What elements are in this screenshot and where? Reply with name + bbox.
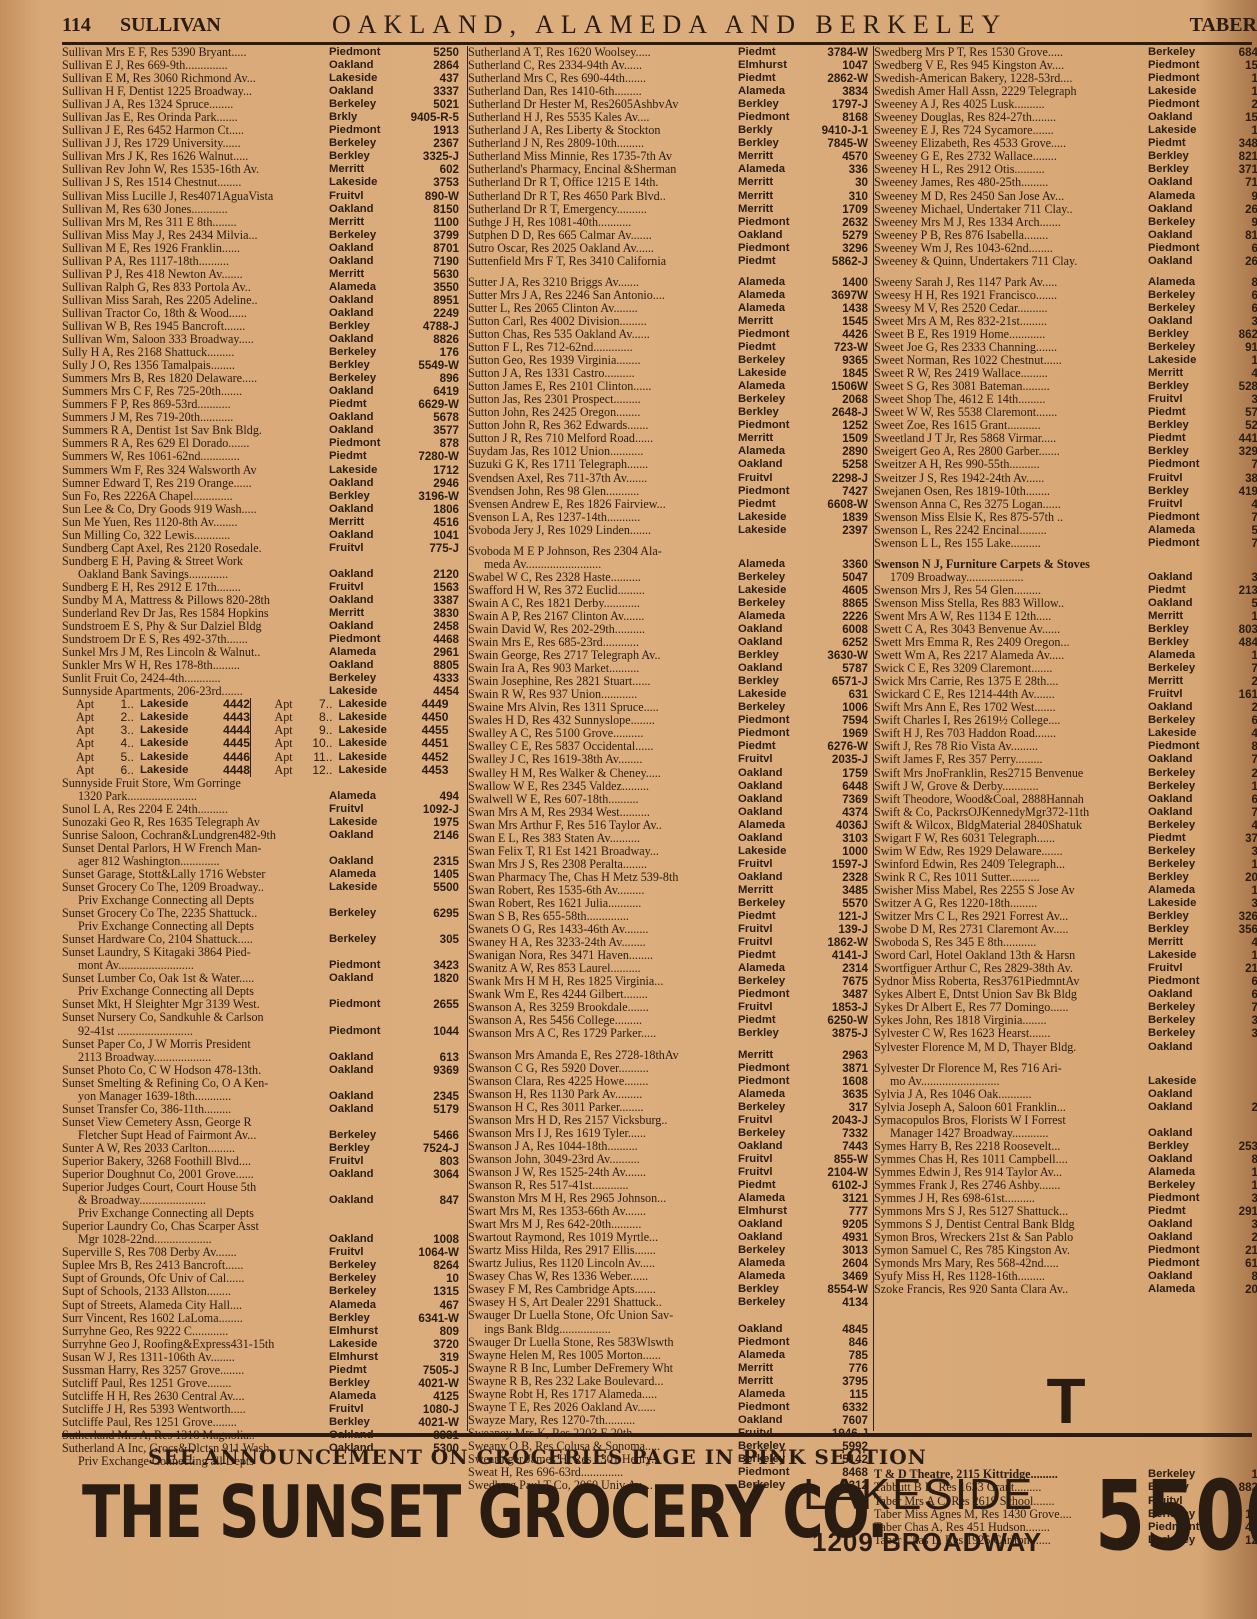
listing-phone: 7607 bbox=[810, 1414, 868, 1427]
left-running-head: SULLIVAN bbox=[120, 14, 221, 37]
listing-phone: 7675 bbox=[810, 975, 868, 988]
listing-name: Sutherland J A, Res Liberty & Stockton bbox=[468, 124, 738, 137]
listing-phone: 6250-W bbox=[810, 1014, 868, 1027]
listing-row: Swanson John, 3049-23rd Av..........Frui… bbox=[468, 1153, 868, 1166]
listing-exchange: Lakeside bbox=[329, 816, 401, 829]
listing-name: Sunderland Rev Dr Jas, Res 1584 Hopkins bbox=[62, 607, 329, 620]
listing-phone: 2367 bbox=[401, 137, 459, 150]
listing-exchange: Piedmont bbox=[1148, 975, 1214, 988]
listing-name: Sundby M A, Mattress & Pillows 820-28th bbox=[62, 594, 329, 607]
listing-row: Swain George, Res 2717 Telegraph Av..Ber… bbox=[468, 649, 868, 662]
listing-name: Sutton Jas, Res 2301 Prospect......... bbox=[468, 393, 738, 406]
listing-name: Sylvester C W, Res 1623 Hearst....... bbox=[874, 1027, 1148, 1040]
listing-exchange: Piedmont bbox=[1148, 1192, 1214, 1205]
listing-row: Swank Mrs H M H, Res 1825 Virginia...Ber… bbox=[468, 975, 868, 988]
listing-exchange: Piedmont bbox=[329, 998, 401, 1011]
listing-name: Swartz Julius, Res 1120 Lincoln Av..... bbox=[468, 1257, 738, 1270]
listing-phone: 2890 bbox=[810, 445, 868, 458]
listing-name: Swanson Mrs I J, Res 1619 Tyler...... bbox=[468, 1127, 738, 1140]
listing-name: Swayne Helen M, Res 1005 Morton...... bbox=[468, 1349, 738, 1362]
listing-row: Svenson L A, Res 1237-14th...........Lak… bbox=[468, 511, 868, 524]
listing-exchange: Berkeley bbox=[1148, 46, 1214, 59]
apartment-phone: 4445 bbox=[210, 737, 251, 750]
listing-name: Sundstroem E S, Phy & Sur Dalziel Bldg bbox=[62, 620, 329, 633]
listing-exchange: Piedmt bbox=[738, 1014, 810, 1027]
listing-phone: 8 bbox=[1214, 1153, 1257, 1166]
listing-name: Sullivan J E, Res 6452 Harmon Ct..... bbox=[62, 124, 329, 137]
listing-exchange: Oakland bbox=[329, 829, 401, 842]
listing-row: Swaney H A, Res 3233-24th Av........Frui… bbox=[468, 936, 868, 949]
listing-name: Swauger Dr Luella Stone, Res 583Wlswth bbox=[468, 1336, 738, 1349]
listing-row: Symon Bros, Wreckers 21st & San PabloOak… bbox=[874, 1231, 1257, 1244]
listing-phone bbox=[1214, 1062, 1257, 1075]
listing-name: Sullivan Jas E, Res Orinda Park....... bbox=[62, 111, 329, 124]
listing-phone bbox=[1214, 1127, 1257, 1140]
listing-name: Superior Laundry Co, Chas Scarper Asst bbox=[62, 1220, 329, 1233]
listing-phone: 2249 bbox=[401, 307, 459, 320]
listing-row: Sweeney Douglas, Res 824-27th........Oak… bbox=[874, 111, 1257, 124]
listing-name: Sully H A, Res 2168 Shattuck......... bbox=[62, 346, 329, 359]
listing-phone: 3 bbox=[1214, 393, 1257, 406]
listing-phone bbox=[401, 842, 459, 855]
listing-name: Symacopulos Bros, Florists W I Forrest bbox=[874, 1114, 1148, 1127]
listing-row: Swenson Mrs J, Res 54 Glen.........Piedm… bbox=[874, 584, 1257, 597]
listing-phone: 4 bbox=[1214, 727, 1257, 740]
listing-name: Sutton Chas, Res 535 Oakland Av...... bbox=[468, 328, 738, 341]
listing-phone: 684 bbox=[1214, 46, 1257, 59]
listing-exchange: Piedmt bbox=[1148, 832, 1214, 845]
listing-exchange: Oakland bbox=[1148, 1218, 1214, 1231]
listing-phone: 2043-J bbox=[810, 1114, 868, 1127]
listing-exchange: Berkley bbox=[1148, 923, 1214, 936]
listing-exchange: Merritt bbox=[1148, 610, 1214, 623]
listing-row: Swedish-American Bakery, 1228-53rd....Pi… bbox=[874, 72, 1257, 85]
listing-name: Sweesy H H, Res 1921 Francisco....... bbox=[874, 289, 1148, 302]
listing-exchange: Lakeside bbox=[1148, 1075, 1214, 1088]
listing-exchange: Oakland bbox=[1148, 203, 1214, 216]
listing-row: Priv Exchange Connecting all Depts bbox=[62, 985, 459, 998]
listing-exchange: Oakland bbox=[1148, 111, 1214, 124]
listing-exchange: Lakeside bbox=[738, 511, 810, 524]
listing-exchange: Piedmt bbox=[738, 46, 810, 59]
listing-row: Sykes Albert E, Dntst Union Sav Bk BldgO… bbox=[874, 988, 1257, 1001]
listing-row: Sunkel Mrs J M, Res Lincoln & Walnut..Al… bbox=[62, 646, 459, 659]
listing-phone: 2604 bbox=[810, 1257, 868, 1270]
listing-phone: 356 bbox=[1214, 923, 1257, 936]
listing-exchange: Piedmont bbox=[1148, 1257, 1214, 1270]
listing-row: Swartz Julius, Res 1120 Lincoln Av.....A… bbox=[468, 1257, 868, 1270]
listing-row: Sutcliffe Paul, Res 1251 Grove........Be… bbox=[62, 1416, 459, 1429]
listing-row: Szoke Francis, Res 920 Santa Clara Av..A… bbox=[874, 1283, 1257, 1296]
listing-row: Swallow W E, Res 2345 Valdez.........Oak… bbox=[468, 780, 868, 793]
listing-name: Sutherland Miss Minnie, Res 1735-7th Av bbox=[468, 150, 738, 163]
listing-row: Superior Bakery, 3268 Foothill Blvd....F… bbox=[62, 1155, 459, 1168]
listing-exchange: Piedmont bbox=[1148, 242, 1214, 255]
listing-exchange: Piedmt bbox=[329, 398, 401, 411]
listing-phone: 30 bbox=[810, 176, 868, 189]
listing-exchange: Alameda bbox=[329, 1390, 401, 1403]
apartment-row: Apt6..Lakeside4448Apt12..Lakeside4453 bbox=[62, 764, 459, 777]
listing-row: Priv Exchange Connecting all Depts bbox=[62, 894, 459, 907]
listing-name: Swenson Miss Elsie K, Res 875-57th .. bbox=[874, 511, 1148, 524]
apartment-phone: 4452 bbox=[409, 751, 449, 764]
listing-phone: 1047 bbox=[810, 59, 868, 72]
listing-row: Sword Carl, Hotel Oakland 13th & HarsnLa… bbox=[874, 949, 1257, 962]
listing-row: Swenson L, Res 2242 Encinal.........Alam… bbox=[874, 524, 1257, 537]
listing-name: Swanson J W, Res 1525-24th Av....... bbox=[468, 1166, 738, 1179]
listing-name: Swan S B, Res 655-58th.............. bbox=[468, 910, 738, 923]
listing-name: Sutton James E, Res 2101 Clinton...... bbox=[468, 380, 738, 393]
listing-row: Swenson Anna C, Res 3275 Logan......Frui… bbox=[874, 498, 1257, 511]
listing-row: Sunset Lumber Co, Oak 1st & Water.....Oa… bbox=[62, 972, 459, 985]
listing-name: mo Av.......................... bbox=[874, 1075, 1148, 1088]
listing-exchange: Berkeley bbox=[738, 354, 810, 367]
listing-exchange: Alameda bbox=[738, 380, 810, 393]
listing-row: Supt of Streets, Alameda City Hall....Al… bbox=[62, 1299, 459, 1312]
listing-phone: 329 bbox=[1214, 445, 1257, 458]
listing-exchange: Berkeley bbox=[329, 372, 401, 385]
listing-exchange: Lakeside bbox=[1148, 727, 1214, 740]
listing-row: Sullivan Jas E, Res Orinda Park.......Br… bbox=[62, 111, 459, 124]
listing-exchange: Alameda bbox=[738, 1257, 810, 1270]
listing-name: Swanson Mrs H D, Res 2157 Vicksburg.. bbox=[468, 1114, 738, 1127]
listing-phone: 8951 bbox=[401, 294, 459, 307]
listing-exchange: Oakland bbox=[329, 333, 401, 346]
listing-exchange: Berkley bbox=[1148, 380, 1214, 393]
listing-name: meda Av......................... bbox=[468, 558, 738, 571]
listing-row: Summers W, Res 1061-62nd.............Pie… bbox=[62, 450, 459, 463]
listing-phone: 7 bbox=[1214, 511, 1257, 524]
listing-name: Sweeney M D, Res 2450 San Jose Av... bbox=[874, 190, 1148, 203]
listing-phone: 1 bbox=[1214, 1179, 1257, 1192]
listing-row: Sutton F L, Res 712-62nd.............Pie… bbox=[468, 341, 868, 354]
listing-row: Swedberg Mrs P T, Res 1530 Grove.....Ber… bbox=[874, 46, 1257, 59]
listing-name: Symonds Mrs Mary, Res 568-42nd..... bbox=[874, 1257, 1148, 1270]
listing-exchange: Piedmont bbox=[738, 727, 810, 740]
listing-row: Superior Doughnut Co, 2001 Grove......Oa… bbox=[62, 1168, 459, 1181]
listing-phone: 803 bbox=[401, 1155, 459, 1168]
listing-phone: 1806 bbox=[401, 503, 459, 516]
listing-name: Sweeney Michael, Undertaker 711 Clay.. bbox=[874, 203, 1148, 216]
listing-phone: 419 bbox=[1214, 485, 1257, 498]
listing-row: Summers R A, Dentist 1st Sav Bnk Bldg.Oa… bbox=[62, 424, 459, 437]
listing-row: Symmes Frank J, Res 2746 Ashby.......Ber… bbox=[874, 1179, 1257, 1192]
listing-exchange: Merritt bbox=[738, 176, 810, 189]
listing-name: Sweeney James, Res 480-25th......... bbox=[874, 176, 1148, 189]
listing-name: Swanson A, Res 3259 Brookdale....... bbox=[468, 1001, 738, 1014]
listing-phone: 3630-W bbox=[810, 649, 868, 662]
listing-name: Svoboda Jery J, Res 1029 Linden....... bbox=[468, 524, 738, 537]
listing-exchange: Oakland bbox=[329, 1168, 401, 1181]
listing-exchange: Alameda bbox=[329, 646, 401, 659]
listing-row: ager 812 Washington.............Oakland2… bbox=[62, 855, 459, 868]
listing-row: Swalwell W E, Res 607-18th..........Oakl… bbox=[468, 793, 868, 806]
listing-name: Sunset Garage, Stott&Lally 1716 Webster bbox=[62, 868, 329, 881]
listing-name: Swanson Clara, Res 4225 Howe........ bbox=[468, 1075, 738, 1088]
listing-name: Syufy Miss H, Res 1128-16th......... bbox=[874, 1270, 1148, 1283]
listing-phone: 1 bbox=[1214, 949, 1257, 962]
listing-phone: 878 bbox=[401, 437, 459, 450]
listing-name: Sutton John R, Res 362 Edwards....... bbox=[468, 419, 738, 432]
listing-row: Sunset Grocery Co The, 2235 Shattuck..Be… bbox=[62, 907, 459, 920]
listing-exchange: Piedmt bbox=[738, 255, 810, 268]
listing-name: Sylvia J A, Res 1046 Oak........... bbox=[874, 1088, 1148, 1101]
listing-name: Sweesy M V, Res 2520 Cedar.......... bbox=[874, 302, 1148, 315]
listing-phone: 4134 bbox=[810, 1296, 868, 1309]
listing-row: Swift Mrs Ann E, Res 1702 West.......Oak… bbox=[874, 701, 1257, 714]
listing-exchange: Berkeley bbox=[1148, 845, 1214, 858]
listing-name: Suplee Mrs B, Res 2413 Bancroft...... bbox=[62, 1259, 329, 1272]
listing-name: Svendsen John, Res 98 Glen........... bbox=[468, 485, 738, 498]
listing-row: Sundberg Capt Axel, Res 2120 Rosedale.Fr… bbox=[62, 542, 459, 555]
listing-exchange: Oakland bbox=[738, 871, 810, 884]
listing-phone: 2 bbox=[1214, 767, 1257, 780]
listing-phone: 7369 bbox=[810, 793, 868, 806]
listing-name: Symmes J H, Res 698-61st.......... bbox=[874, 1192, 1148, 1205]
listing-name: Sutcliffe J H, Res 5393 Wentworth..... bbox=[62, 1403, 329, 1416]
listing-exchange: Berkley bbox=[738, 98, 810, 111]
listing-phone: 9205 bbox=[810, 1218, 868, 1231]
listing-phone: 2345 bbox=[401, 1090, 459, 1103]
listing-exchange: Alameda bbox=[1148, 524, 1214, 537]
listing-exchange: Oakland bbox=[329, 1090, 401, 1103]
listing-name: Swain R W, Res 937 Union............ bbox=[468, 688, 738, 701]
listing-name: Swoboda S, Res 345 E 8th........... bbox=[874, 936, 1148, 949]
listing-name: Swift & Co, PackrsOJKennedyMgr372-11th bbox=[874, 806, 1148, 819]
listing-exchange: Berkeley bbox=[738, 393, 810, 406]
listing-phone: 7427 bbox=[810, 485, 868, 498]
listing-name: Symmes Chas H, Res 1011 Campbell.... bbox=[874, 1153, 1148, 1166]
listing-name: Sylvia Joseph A, Saloon 601 Franklin... bbox=[874, 1101, 1148, 1114]
listing-exchange: Oakland bbox=[329, 594, 401, 607]
listing-name: Sundberg Capt Axel, Res 2120 Rosedale. bbox=[62, 542, 329, 555]
listing-name: Swedish Amer Hall Assn, 2229 Telegraph bbox=[874, 85, 1148, 98]
listing-exchange: Piedmont bbox=[738, 1075, 810, 1088]
listing-name: Superior Doughnut Co, 2001 Grove...... bbox=[62, 1168, 329, 1181]
listing-name: Swanson C G, Res 5920 Dover.......... bbox=[468, 1062, 738, 1075]
listing-name: Summers R A, Res 629 El Dorado....... bbox=[62, 437, 329, 450]
listing-phone: 1080-J bbox=[401, 1403, 459, 1416]
listing-phone: 467 bbox=[401, 1299, 459, 1312]
listing-exchange: Oakland bbox=[329, 1233, 401, 1246]
listing-phone bbox=[810, 545, 868, 558]
listing-name: Priv Exchange Connecting all Depts bbox=[62, 894, 329, 907]
listing-row: Sully J O, Res 1356 Tamalpais........Ber… bbox=[62, 359, 459, 372]
listing-exchange: Piedmt bbox=[1148, 137, 1214, 150]
listing-name: Swigart F W, Res 6031 Telegraph...... bbox=[874, 832, 1148, 845]
listing-phone: 9369 bbox=[401, 1064, 459, 1077]
listing-phone: 8264 bbox=[401, 1259, 459, 1272]
listing-phone bbox=[1214, 558, 1257, 571]
listing-phone: 2315 bbox=[401, 855, 459, 868]
listing-phone bbox=[401, 946, 459, 959]
listing-exchange: Alameda bbox=[1148, 1166, 1214, 1179]
listing-row: Sunset Photo Co, C W Hodson 478-13th.Oak… bbox=[62, 1064, 459, 1077]
listing-phone: 3720 bbox=[401, 1338, 459, 1351]
listing-row: Sweeney M D, Res 2450 San Jose Av...Alam… bbox=[874, 190, 1257, 203]
listing-row: Sullivan M E, Res 1926 Franklin......Oak… bbox=[62, 242, 459, 255]
listing-row: Sweitzer J S, Res 1942-24th Av......Frui… bbox=[874, 472, 1257, 485]
listing-row: Sunkler Mrs W H, Res 178-8th.........Oak… bbox=[62, 659, 459, 672]
listing-phone: 1 bbox=[1214, 649, 1257, 662]
listing-row: Suttenfield Mrs F T, Res 3410 California… bbox=[468, 255, 868, 268]
listing-row: Summers Mrs C F, Res 725-20th.......Oakl… bbox=[62, 385, 459, 398]
listing-exchange: Lakeside bbox=[738, 845, 810, 858]
listing-exchange: Oakland bbox=[738, 1323, 810, 1336]
listing-name: Mgr 1028-22nd................... bbox=[62, 1233, 329, 1246]
listing-name: Swanson Mrs Amanda E, Res 2728-18thAv bbox=[468, 1049, 738, 1062]
listing-row: Sylvia Joseph A, Saloon 601 Franklin...O… bbox=[874, 1101, 1257, 1114]
listing-row: Sutton Jas, Res 2301 Prospect.........Be… bbox=[468, 393, 868, 406]
listing-name: Swain Josephine, Res 2821 Stuart...... bbox=[468, 675, 738, 688]
listing-phone: 5862-J bbox=[810, 255, 868, 268]
listing-row: Suplee Mrs B, Res 2413 Bancroft......Ber… bbox=[62, 1259, 459, 1272]
listing-row: Sullivan Wm, Saloon 333 Broadway.....Oak… bbox=[62, 333, 459, 346]
listing-name: Sykes Dr Albert E, Res 77 Domingo...... bbox=[874, 1001, 1148, 1014]
listing-row: Sunlit Fruit Co, 2424-4th............Ber… bbox=[62, 672, 459, 685]
listing-phone: 7845-W bbox=[810, 137, 868, 150]
listing-phone bbox=[401, 920, 459, 933]
listing-phone: 723-W bbox=[810, 341, 868, 354]
listing-phone: 3469 bbox=[810, 1270, 868, 1283]
listing-row: Suydam Jas, Res 1012 Union...........Ala… bbox=[468, 445, 868, 458]
listing-row: Swan Mrs Arthur F, Res 516 Taylor Av..Al… bbox=[468, 819, 868, 832]
listing-phone: 3 bbox=[1214, 1027, 1257, 1040]
listing-row: Sutton Carl, Res 4002 Division.........M… bbox=[468, 315, 868, 328]
listing-row: Sullivan Miss Sarah, Res 2205 Adeline..O… bbox=[62, 294, 459, 307]
listing-name: Superior Bakery, 3268 Foothill Blvd.... bbox=[62, 1155, 329, 1168]
listing-phone: 6608-W bbox=[810, 498, 868, 511]
listing-phone: 528 bbox=[1214, 380, 1257, 393]
listing-exchange: Oakland bbox=[1148, 1231, 1214, 1244]
listing-row: Swalley H M, Res Walker & Cheney.....Oak… bbox=[468, 767, 868, 780]
listing-exchange: Oakland bbox=[329, 1103, 401, 1116]
listing-exchange: Berkley bbox=[738, 137, 810, 150]
listing-exchange: Elmhurst bbox=[738, 59, 810, 72]
listing-row: Sweeney A J, Res 4025 Lusk..........Pied… bbox=[874, 98, 1257, 111]
listing-name: Surryhne Geo J, Roofing&Express431-15th bbox=[62, 1338, 329, 1351]
listing-name: Sweet Joe G, Res 2333 Channing....... bbox=[874, 341, 1148, 354]
listing-name: Sutcliffe Paul, Res 1251 Grove........ bbox=[62, 1416, 329, 1429]
listing-name: Sullivan Miss Lucille J, Res4071AguaVist… bbox=[62, 190, 329, 203]
listing-name: Sundstroem Dr E S, Res 492-37th....... bbox=[62, 633, 329, 646]
listing-exchange: Piedmont bbox=[738, 111, 810, 124]
listing-row: Swett C A, Res 3043 Benvenue Av......Ber… bbox=[874, 623, 1257, 636]
listing-exchange: Alameda bbox=[738, 610, 810, 623]
listing-exchange: Alameda bbox=[329, 281, 401, 294]
listing-phone: 2 bbox=[1214, 1231, 1257, 1244]
listing-phone: 9365 bbox=[810, 354, 868, 367]
listing-phone: 3 bbox=[1214, 897, 1257, 910]
apartment-label: Apt bbox=[261, 764, 305, 777]
column-1: Sullivan Mrs E F, Res 5390 Bryant.....Pi… bbox=[62, 46, 459, 1431]
listing-name: Swalwell W E, Res 607-18th.......... bbox=[468, 793, 738, 806]
listing-name: Swartz Miss Hilda, Res 2917 Ellis....... bbox=[468, 1244, 738, 1257]
listing-phone: 7190 bbox=[401, 255, 459, 268]
listing-exchange: Oakland bbox=[329, 1064, 401, 1077]
listing-row: Sundstroem Dr E S, Res 492-37th.......Pi… bbox=[62, 633, 459, 646]
listing-exchange: Fruitvl bbox=[738, 1153, 810, 1166]
listing-exchange: Oakland bbox=[1148, 806, 1214, 819]
listing-exchange: Piedmt bbox=[738, 498, 810, 511]
listing-name: Sunset Smelting & Refining Co, O A Ken- bbox=[62, 1077, 329, 1090]
listing-phone: 3325-J bbox=[401, 150, 459, 163]
listing-phone: 1597-J bbox=[810, 858, 868, 871]
listing-row: Sweesy M V, Res 2520 Cedar..........Berk… bbox=[874, 302, 1257, 315]
listing-phone bbox=[401, 1011, 459, 1024]
listing-phone: 121-J bbox=[810, 910, 868, 923]
listing-name: Swick C E, Res 3209 Claremont....... bbox=[874, 662, 1148, 675]
listing-exchange: Alameda bbox=[738, 289, 810, 302]
listing-name: Swan Robert, Res 1535-6th Av......... bbox=[468, 884, 738, 897]
listing-exchange: Merritt bbox=[1148, 936, 1214, 949]
listing-name: Swenson L L, Res 155 Lake.......... bbox=[874, 537, 1148, 550]
listing-phone: 803 bbox=[1214, 623, 1257, 636]
listing-exchange: Fruitvl bbox=[1148, 962, 1214, 975]
listing-row: Sullivan J A, Res 1324 Spruce........Ber… bbox=[62, 98, 459, 111]
listing-name: Sweeney G E, Res 2732 Wallace........ bbox=[874, 150, 1148, 163]
listing-name: Superville S, Res 708 Derby Av....... bbox=[62, 1246, 329, 1259]
listing-phone: 2458 bbox=[401, 620, 459, 633]
listing-name: Symes Harry B, Res 2218 Roosevelt... bbox=[874, 1140, 1148, 1153]
listing-name: ager 812 Washington............. bbox=[62, 855, 329, 868]
listing-name: Sullivan Mrs J K, Res 1626 Walnut..... bbox=[62, 150, 329, 163]
listing-row: mo Av..........................Lakeside bbox=[874, 1075, 1257, 1088]
listing-name: Swink R C, Res 1011 Sutter.......... bbox=[874, 871, 1148, 884]
listing-name: Sunter A W, Res 2033 Carlton......... bbox=[62, 1142, 329, 1155]
listing-phone: 1712 bbox=[401, 464, 459, 477]
spacer bbox=[468, 1041, 868, 1049]
listing-exchange: Oakland bbox=[329, 203, 401, 216]
listing-name: Sweet W W, Res 5538 Claremont....... bbox=[874, 406, 1148, 419]
listing-phone: 348 bbox=[1214, 137, 1257, 150]
listing-row: Sutter L, Res 2065 Clinton Av........Ala… bbox=[468, 302, 868, 315]
listing-row: Swanson Mrs Amanda E, Res 2728-18thAvMer… bbox=[468, 1049, 868, 1062]
listing-exchange: Oakland bbox=[1148, 597, 1214, 610]
listing-row: Swauger Dr Luella Stone, Ofc Union Sav- bbox=[468, 1309, 868, 1322]
listing-exchange: Piedmt bbox=[1148, 432, 1214, 445]
apartment-num: 10.. bbox=[305, 737, 339, 750]
listing-row: Sweet Shop The, 4612 E 14th.........Frui… bbox=[874, 393, 1257, 406]
listing-phone bbox=[1214, 1114, 1257, 1127]
apartment-exchange: Lakeside bbox=[339, 698, 409, 711]
listing-exchange: Berkley bbox=[738, 649, 810, 662]
listing-exchange: Oakland bbox=[738, 806, 810, 819]
listing-name: Swafford H W, Res 372 Euclid......... bbox=[468, 584, 738, 597]
listing-row: Swett Mrs Emma R, Res 2409 Oregon...Berk… bbox=[874, 636, 1257, 649]
listing-exchange: Lakeside bbox=[329, 1338, 401, 1351]
listing-phone: 4036J bbox=[810, 819, 868, 832]
listing-name: Superior Judges Court, Court House 5th bbox=[62, 1181, 329, 1194]
listing-phone: 5021 bbox=[401, 98, 459, 111]
listing-row: Swedberg V E, Res 945 Kingston Av....Pie… bbox=[874, 59, 1257, 72]
listing-name: Swain Ira A, Res 903 Market.......... bbox=[468, 662, 738, 675]
listing-row: Sunozaki Geo R, Res 1635 Telegraph AvLak… bbox=[62, 816, 459, 829]
listing-row: Svendsen Axel, Res 711-37th Av.......Fru… bbox=[468, 472, 868, 485]
listing-row: Swabel W C, Res 2328 Haste..........Berk… bbox=[468, 571, 868, 584]
listing-name: Sunset Hardware Co, 2104 Shattuck..... bbox=[62, 933, 329, 946]
listing-exchange: Berkeley bbox=[738, 897, 810, 910]
listing-phone: 3795 bbox=[810, 1375, 868, 1388]
listing-exchange: Alameda bbox=[738, 962, 810, 975]
listing-exchange: Oakland bbox=[1148, 229, 1214, 242]
listing-row: Manager 1427 Broadway............Oakland bbox=[874, 1127, 1257, 1140]
listing-row: Sundberg E H, Res 2912 E 17th........Fru… bbox=[62, 581, 459, 594]
listing-name: ings Bank Bldg................. bbox=[468, 1323, 738, 1336]
listing-name: Swayne R B Inc, Lumber DeFremery Wht bbox=[468, 1362, 738, 1375]
listing-name: Swasey Chas W, Res 1336 Weber...... bbox=[468, 1270, 738, 1283]
listing-row: Sweeney & Quinn, Undertakers 711 Clay.Oa… bbox=[874, 255, 1257, 268]
